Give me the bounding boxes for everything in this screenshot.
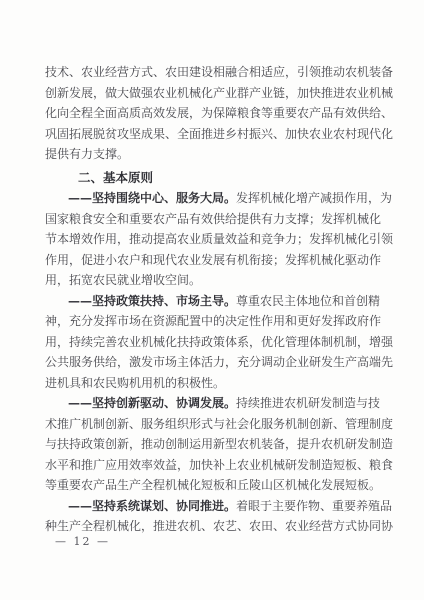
text-line: 作用，促进小农户和现代农业发展有机衔接；发挥机械化驱动作 [45, 250, 383, 271]
text-line: 国家粮食安全和重要农产品有效供给提供有力支撑；发挥机械化 [45, 209, 383, 230]
text-run: 国家粮食安全和重要农产品有效供给提供有力支撑；发挥机械化 [45, 212, 381, 226]
document-text-block: 技术、农业经营方式、农田建设相融合相适应，引领推动农机装备创新发展，做大做强农业… [45, 62, 383, 537]
text-run: 神，充分发挥市场在资源配置中的决定性作用和更好发挥政府作 [45, 314, 381, 328]
text-run: 节本增效作用，推动提高农业质量效益和竞争力；发挥机械化引领 [45, 232, 393, 246]
text-line: 进机具和农民购机用机的积极性。 [45, 373, 383, 394]
text-run: 用，拓宽农民就业增收空间。 [45, 273, 201, 287]
text-run: 提供有力支撑。 [45, 147, 129, 161]
text-line: ——坚持围绕中心、服务大局。发挥机械化增产减损作用，为 [45, 188, 383, 209]
text-run: 术推广机制创新、服务组织形式与社会化服务机制创新、管理制度 [45, 417, 393, 431]
text-run: 技术、农业经营方式、农田建设相融合相适应，引领推动农机装备 [45, 65, 393, 79]
paragraph-lead-bold: ——坚持系统谋划、协同推进。 [68, 499, 236, 513]
text-line: 术推广机制创新、服务组织形式与社会化服务机制创新、管理制度 [45, 414, 383, 435]
text-line: 种生产全程机械化，推进农机、农艺、农田、农业经营方式协同协 [45, 516, 383, 537]
text-run: 水平和推广应用效率效益，加快补上农业机械研发制造短板、粮食 [45, 458, 393, 472]
text-line: 公共服务供给，激发市场主体活力，充分调动企业研发生产高端先 [45, 352, 383, 373]
text-run: 用，持续完善农业机械化扶持政策体系，优化管理体制机制，增强 [45, 335, 393, 349]
text-run: 公共服务供给，激发市场主体活力，充分调动企业研发生产高端先 [45, 355, 393, 369]
text-line: 化向全程全面高质高效发展，为保障粮食等重要农产品有效供给、 [45, 103, 383, 124]
page-number: — 12 — [55, 535, 110, 548]
text-run: 创新发展，做大做强农业机械化产业群产业链，加快推进农业机械 [45, 86, 393, 100]
text-line: 巩固拓展脱贫攻坚成果、全面推进乡村振兴、加快农业农村现代化 [45, 124, 383, 145]
section-heading: 二、基本原则 [45, 168, 383, 189]
text-run: 着眼于主要作物、重要养殖品 [236, 499, 392, 513]
text-line: 节本增效作用，推动提高农业质量效益和竞争力；发挥机械化引领 [45, 229, 383, 250]
text-line: 等重要农产品生产全程机械化短板和丘陵山区机械化发展短板。 [45, 475, 383, 496]
text-run: 发挥机械化增产减损作用，为 [236, 191, 392, 205]
text-run: 化向全程全面高质高效发展，为保障粮食等重要农产品有效供给、 [45, 106, 393, 120]
paragraph-lead-bold: ——坚持政策扶持、市场主导。 [68, 294, 236, 308]
text-line: 创新发展，做大做强农业机械化产业群产业链，加快推进农业机械 [45, 83, 383, 104]
text-run: 巩固拓展脱贫攻坚成果、全面推进乡村振兴、加快农业农村现代化 [45, 127, 393, 141]
text-run: 种生产全程机械化，推进农机、农艺、农田、农业经营方式协同协 [45, 519, 393, 533]
section-heading-text: 二、基本原则 [78, 170, 153, 185]
paragraph-lead-bold: ——坚持围绕中心、服务大局。 [68, 191, 236, 205]
text-line: 用，持续完善农业机械化扶持政策体系，优化管理体制机制，增强 [45, 332, 383, 353]
text-line: 神，充分发挥市场在资源配置中的决定性作用和更好发挥政府作 [45, 311, 383, 332]
text-line: 水平和推广应用效率效益，加快补上农业机械研发制造短板、粮食 [45, 455, 383, 476]
text-line: 与扶持政策创新，推动创制运用新型农机装备，提升农机研发制造 [45, 434, 383, 455]
text-line: 技术、农业经营方式、农田建设相融合相适应，引领推动农机装备 [45, 62, 383, 83]
text-run: 作用，促进小农户和现代农业发展有机衔接；发挥机械化驱动作 [45, 253, 381, 267]
text-line: ——坚持政策扶持、市场主导。尊重农民主体地位和首创精 [45, 291, 383, 312]
text-run: 等重要农产品生产全程机械化短板和丘陵山区机械化发展短板。 [45, 478, 381, 492]
text-run: 尊重农民主体地位和首创精 [236, 294, 380, 308]
paragraph-lead-bold: ——坚持创新驱动、协调发展。 [68, 396, 236, 410]
text-line: 用，拓宽农民就业增收空间。 [45, 270, 383, 291]
text-line: ——坚持创新驱动、协调发展。持续推进农机研发制造与技 [45, 393, 383, 414]
text-run: 与扶持政策创新，推动创制运用新型农机装备，提升农机研发制造 [45, 437, 393, 451]
text-line: 提供有力支撑。 [45, 144, 383, 165]
document-page: 技术、农业经营方式、农田建设相融合相适应，引领推动农机装备创新发展，做大做强农业… [0, 0, 424, 600]
text-line: ——坚持系统谋划、协同推进。着眼于主要作物、重要养殖品 [45, 496, 383, 517]
text-run: 进机具和农民购机用机的积极性。 [45, 376, 225, 390]
text-run: 持续推进农机研发制造与技 [236, 396, 380, 410]
